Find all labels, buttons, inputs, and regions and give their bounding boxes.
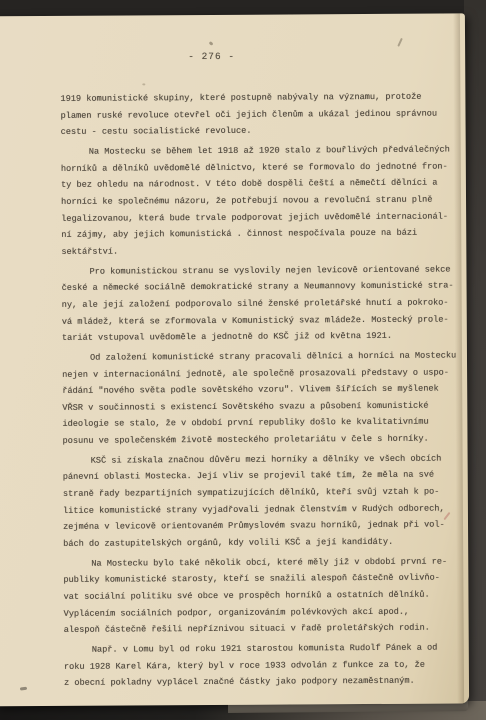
text-line: plamen ruské revoluce otevřel oči jejich… [60, 105, 458, 124]
text-line: ny, ale její založení podporovalo silné … [62, 294, 460, 313]
text-line: vá mládež, která se zformovala v Komunis… [62, 311, 460, 330]
text-line: horníci ke společnému názoru, že potřebu… [61, 191, 459, 210]
text-line: sektářství. [61, 241, 459, 260]
text-line: Na Mostecku se během let 1918 až 1920 st… [61, 141, 459, 160]
text-line: vat sociální politiku své obce ve prospě… [63, 586, 461, 605]
text-line: zejména v levicově orientovaném Průmyslo… [63, 517, 461, 536]
stain-mark [397, 38, 403, 47]
paragraph: Pro komunistickou stranu se vyslovily ne… [61, 261, 460, 347]
text-line: cestu - cestu socialistické revoluce. [61, 122, 459, 141]
text-line: Např. v Lomu byl od roku 1921 starostou … [64, 639, 462, 658]
stain-mark [20, 687, 27, 691]
stain-mark [142, 83, 145, 85]
paragraph: Na Mostecku se během let 1918 až 1920 st… [61, 141, 460, 260]
text-line: Od založení komunistické strany pracoval… [62, 347, 460, 366]
text-line: bách do zastupitelských orgánů, kdy voli… [63, 534, 461, 553]
paragraph: KSČ si získala značnou důvěru mezi horní… [63, 450, 462, 552]
stain-mark [209, 41, 214, 46]
scanned-page: - 276 - 1919 komunistické skupiny, které… [0, 13, 469, 706]
page-number: - 276 - [0, 50, 431, 64]
text-line: straně řady bezpartijních sympatizujícíc… [63, 484, 461, 503]
text-line: z obecní pokladny vyplácel značné částky… [64, 673, 462, 692]
paragraph: 1919 komunistické skupiny, které postupn… [60, 88, 458, 140]
paragraph: Např. v Lomu byl od roku 1921 starostou … [64, 639, 462, 691]
paragraph: Na Mostecku bylo také několik obcí, kter… [63, 553, 462, 639]
text-line: ní zájmy, aby jejich komunistická . činn… [61, 225, 459, 244]
text-line: tariát vstupoval uvědoměle a jednotně do… [62, 328, 460, 347]
text-line: 1919 komunistické skupiny, které postupn… [60, 88, 458, 107]
text-line: alespoň částečně řešili nepříznivou situ… [64, 620, 462, 639]
document-body: 1919 komunistické skupiny, které postupn… [60, 88, 462, 694]
paragraph: Od založení komunistické strany pracoval… [62, 347, 461, 449]
text-line: posunu ve společenském životě mosteckého… [62, 431, 460, 450]
